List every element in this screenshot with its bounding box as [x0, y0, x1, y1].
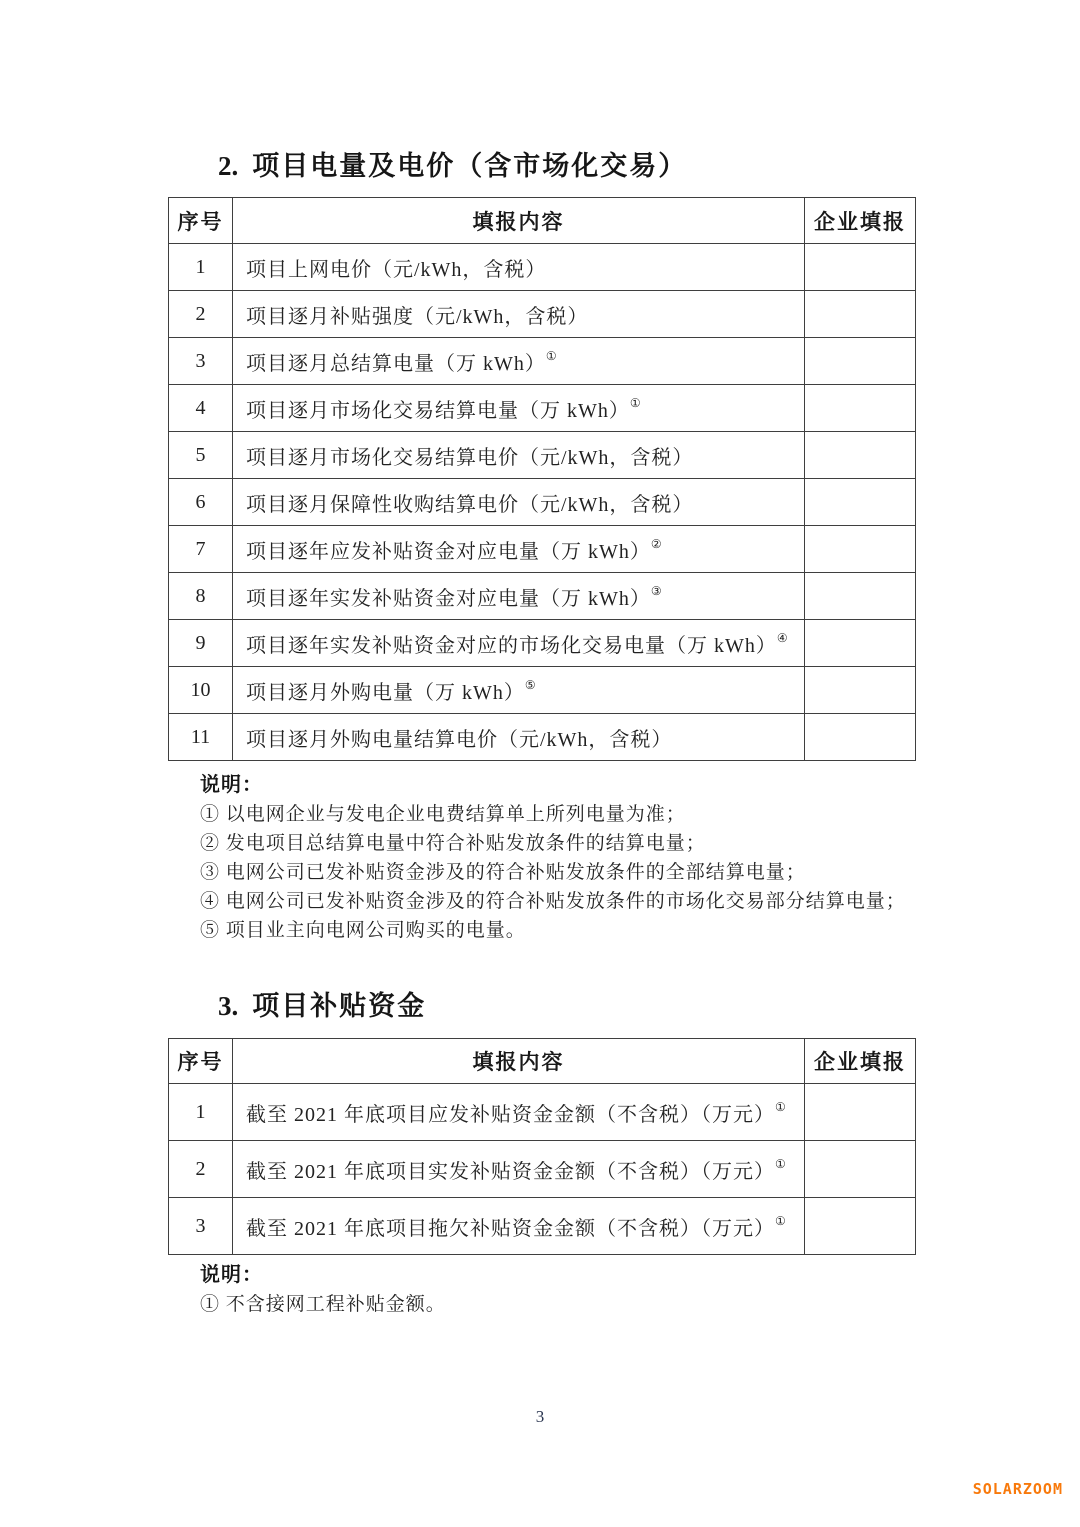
- row-serial-number: 5: [169, 432, 233, 479]
- note-item: ⑤ 项目业主向电网公司购买的电量。: [200, 916, 920, 945]
- table-row: 9项目逐年实发补贴资金对应的市场化交易电量（万 kWh）④: [169, 620, 916, 667]
- footnote-reference: ⑤: [525, 678, 536, 692]
- note-item: ① 以电网企业与发电企业电费结算单上所列电量为准；: [200, 800, 920, 829]
- row-serial-number: 6: [169, 479, 233, 526]
- section-3-heading: 3.项目补贴资金: [218, 984, 426, 1023]
- section-2-title: 项目电量及电价（含市场化交易）: [252, 151, 687, 181]
- footnote-reference: ①: [630, 396, 641, 410]
- company-fill-cell: [805, 291, 916, 338]
- table-row: 4项目逐月市场化交易结算电量（万 kWh）①: [169, 385, 916, 432]
- table-row: 7项目逐年应发补贴资金对应电量（万 kWh）②: [169, 526, 916, 573]
- footnote-reference: ①: [775, 1100, 786, 1114]
- company-fill-cell: [805, 1084, 916, 1141]
- table-row: 8项目逐年实发补贴资金对应电量（万 kWh）③: [169, 573, 916, 620]
- document-page: 2.项目电量及电价（含市场化交易） 序号 填报内容 企业填报 1项目上网电价（元…: [0, 0, 1080, 1527]
- company-fill-cell: [805, 479, 916, 526]
- header-company-fill: 企业填报: [805, 1039, 916, 1084]
- notes-title: 说明：: [200, 771, 920, 800]
- company-fill-cell: [805, 385, 916, 432]
- row-serial-number: 11: [169, 714, 233, 761]
- section-2-number: 2.: [218, 151, 238, 181]
- row-fill-content: 截至 2021 年底项目拖欠补贴资金金额（不含税）（万元）①: [233, 1198, 805, 1255]
- header-fill-content: 填报内容: [233, 198, 805, 244]
- note-item: ① 不含接网工程补贴金额。: [200, 1290, 920, 1319]
- row-fill-content: 截至 2021 年底项目实发补贴资金金额（不含税）（万元）①: [233, 1141, 805, 1198]
- header-serial-number: 序号: [169, 198, 233, 244]
- table-row: 1项目上网电价（元/kWh，含税）: [169, 244, 916, 291]
- header-fill-content: 填报内容: [233, 1039, 805, 1084]
- page-number: 3: [0, 1407, 1080, 1427]
- section-2-heading: 2.项目电量及电价（含市场化交易）: [218, 144, 687, 183]
- footnote-reference: ④: [777, 631, 788, 645]
- section-2-notes: 说明： ① 以电网企业与发电企业电费结算单上所列电量为准；② 发电项目总结算电量…: [200, 771, 920, 945]
- row-serial-number: 2: [169, 291, 233, 338]
- table-row: 1截至 2021 年底项目应发补贴资金金额（不含税）（万元）①: [169, 1084, 916, 1141]
- row-serial-number: 1: [169, 244, 233, 291]
- company-fill-cell: [805, 573, 916, 620]
- notes-title: 说明：: [200, 1261, 920, 1290]
- row-fill-content: 项目逐月外购电量（万 kWh）⑤: [233, 667, 805, 714]
- table-row: 11项目逐月外购电量结算电价（元/kWh，含税）: [169, 714, 916, 761]
- company-fill-cell: [805, 620, 916, 667]
- row-fill-content: 项目逐年应发补贴资金对应电量（万 kWh）②: [233, 526, 805, 573]
- company-fill-cell: [805, 338, 916, 385]
- row-serial-number: 9: [169, 620, 233, 667]
- company-fill-cell: [805, 526, 916, 573]
- company-fill-cell: [805, 1141, 916, 1198]
- row-fill-content: 项目逐月市场化交易结算电价（元/kWh，含税）: [233, 432, 805, 479]
- row-serial-number: 7: [169, 526, 233, 573]
- row-fill-content: 项目逐月外购电量结算电价（元/kWh，含税）: [233, 714, 805, 761]
- row-fill-content: 项目逐月总结算电量（万 kWh）①: [233, 338, 805, 385]
- section-3-table: 序号 填报内容 企业填报 1截至 2021 年底项目应发补贴资金金额（不含税）（…: [168, 1038, 916, 1255]
- row-fill-content: 项目逐月市场化交易结算电量（万 kWh）①: [233, 385, 805, 432]
- table-row: 2截至 2021 年底项目实发补贴资金金额（不含税）（万元）①: [169, 1141, 916, 1198]
- table-row: 3截至 2021 年底项目拖欠补贴资金金额（不含税）（万元）①: [169, 1198, 916, 1255]
- row-serial-number: 4: [169, 385, 233, 432]
- company-fill-cell: [805, 432, 916, 479]
- table-header-row: 序号 填报内容 企业填报: [169, 1039, 916, 1084]
- table-row: 2项目逐月补贴强度（元/kWh，含税）: [169, 291, 916, 338]
- note-item: ④ 电网公司已发补贴资金涉及的符合补贴发放条件的市场化交易部分结算电量；: [200, 887, 920, 916]
- header-serial-number: 序号: [169, 1039, 233, 1084]
- note-item: ③ 电网公司已发补贴资金涉及的符合补贴发放条件的全部结算电量；: [200, 858, 920, 887]
- table-header-row: 序号 填报内容 企业填报: [169, 198, 916, 244]
- row-fill-content: 项目逐月补贴强度（元/kWh，含税）: [233, 291, 805, 338]
- company-fill-cell: [805, 244, 916, 291]
- row-serial-number: 8: [169, 573, 233, 620]
- footnote-reference: ①: [775, 1214, 786, 1228]
- row-fill-content: 项目上网电价（元/kWh，含税）: [233, 244, 805, 291]
- section-2-table: 序号 填报内容 企业填报 1项目上网电价（元/kWh，含税）2项目逐月补贴强度（…: [168, 197, 916, 761]
- footnote-reference: ③: [651, 584, 662, 598]
- table-row: 6项目逐月保障性收购结算电价（元/kWh，含税）: [169, 479, 916, 526]
- footnote-reference: ①: [775, 1157, 786, 1171]
- company-fill-cell: [805, 714, 916, 761]
- section-3-title: 项目补贴资金: [252, 991, 426, 1021]
- footnote-reference: ①: [546, 349, 557, 363]
- row-fill-content: 项目逐月保障性收购结算电价（元/kWh，含税）: [233, 479, 805, 526]
- section-3-number: 3.: [218, 991, 238, 1021]
- row-serial-number: 2: [169, 1141, 233, 1198]
- company-fill-cell: [805, 1198, 916, 1255]
- row-fill-content: 截至 2021 年底项目应发补贴资金金额（不含税）（万元）①: [233, 1084, 805, 1141]
- solarzoom-watermark: SOLARZOOM: [973, 1480, 1063, 1498]
- footnote-reference: ②: [651, 537, 662, 551]
- row-serial-number: 10: [169, 667, 233, 714]
- row-fill-content: 项目逐年实发补贴资金对应的市场化交易电量（万 kWh）④: [233, 620, 805, 667]
- row-serial-number: 1: [169, 1084, 233, 1141]
- table-row: 10项目逐月外购电量（万 kWh）⑤: [169, 667, 916, 714]
- table-row: 5项目逐月市场化交易结算电价（元/kWh，含税）: [169, 432, 916, 479]
- row-fill-content: 项目逐年实发补贴资金对应电量（万 kWh）③: [233, 573, 805, 620]
- company-fill-cell: [805, 667, 916, 714]
- table-row: 3项目逐月总结算电量（万 kWh）①: [169, 338, 916, 385]
- row-serial-number: 3: [169, 1198, 233, 1255]
- section-3-notes: 说明： ① 不含接网工程补贴金额。: [200, 1261, 920, 1319]
- row-serial-number: 3: [169, 338, 233, 385]
- header-company-fill: 企业填报: [805, 198, 916, 244]
- note-item: ② 发电项目总结算电量中符合补贴发放条件的结算电量；: [200, 829, 920, 858]
